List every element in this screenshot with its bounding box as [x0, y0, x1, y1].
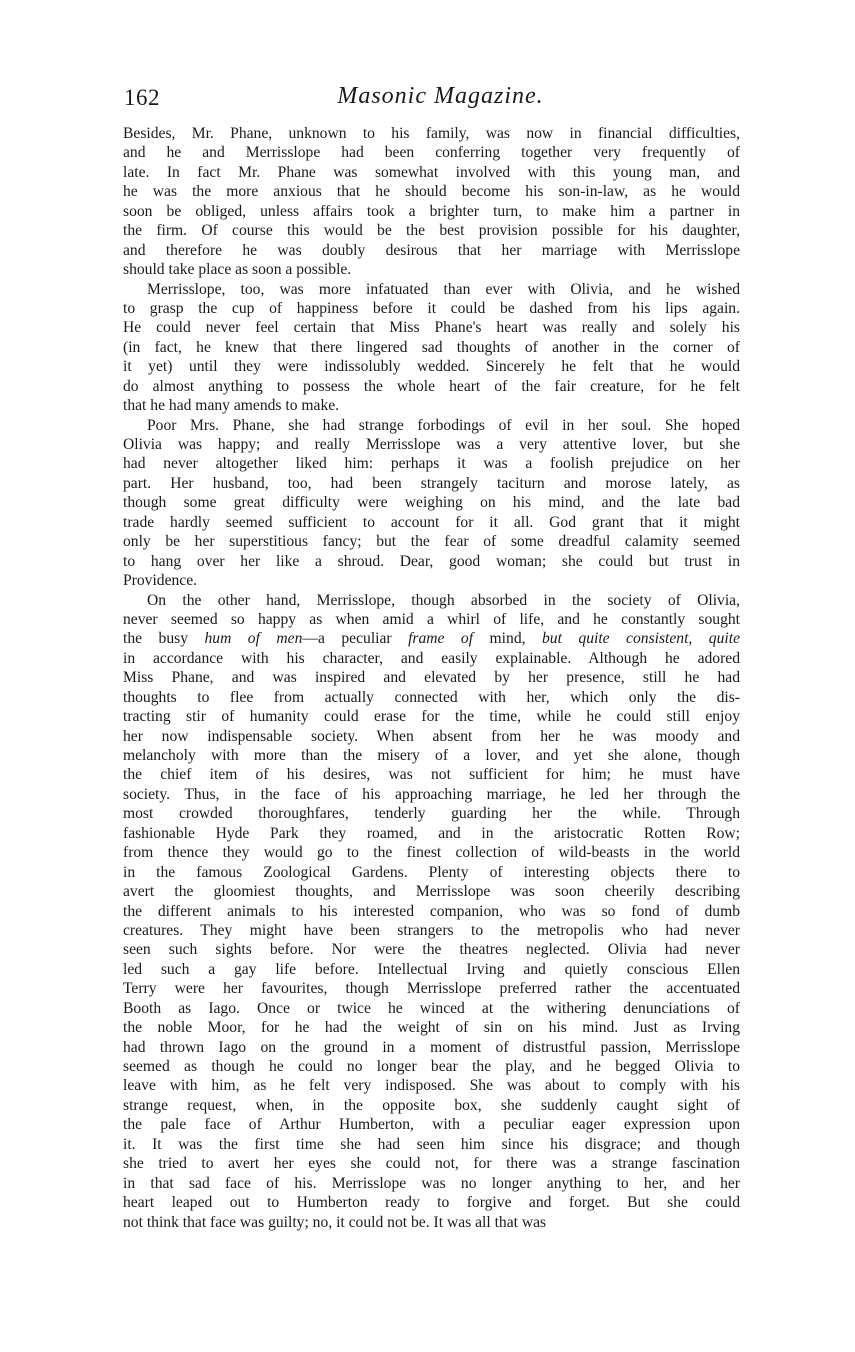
text-line: it. It was the first time she had seen h…	[123, 1135, 740, 1154]
text-line: society. Thus, in the face of his approa…	[123, 785, 740, 804]
text-line: Terry were her favourites, though Merris…	[123, 979, 740, 998]
text-line: do almost anything to possess the whole …	[123, 377, 740, 396]
text-line: only be her superstitious fancy; but the…	[123, 532, 740, 551]
text-line: and he and Merrisslope had been conferri…	[123, 143, 740, 162]
text-line: to hang over her like a shroud. Dear, go…	[123, 552, 740, 571]
text-line: fashionable Hyde Park they roamed, and i…	[123, 824, 740, 843]
text-line: never seemed so happy as when amid a whi…	[123, 610, 740, 629]
text-line: to grasp the cup of happiness before it …	[123, 299, 740, 318]
paragraph: Poor Mrs. Phane, she had strange forbodi…	[123, 416, 740, 591]
text-line: Providence.	[123, 571, 740, 590]
text-line: late. In fact Mr. Phane was somewhat inv…	[123, 163, 740, 182]
text-line: the chief item of his desires, was not s…	[123, 765, 740, 784]
running-title: Masonic Magazine.	[123, 83, 740, 110]
text-line: should take place as soon a possible.	[123, 260, 740, 279]
text-line: in that sad face of his. Merrisslope was…	[123, 1174, 740, 1193]
text-line: that he had many amends to make.	[123, 396, 740, 415]
text-line: not think that face was guilty; no, it c…	[123, 1213, 740, 1232]
text-line: the noble Moor, for he had the weight of…	[123, 1018, 740, 1037]
text-line: Miss Phane, and was inspired and elevate…	[123, 668, 740, 687]
text-line: Besides, Mr. Phane, unknown to his famil…	[123, 124, 740, 143]
text-line: most crowded thoroughfares, tenderly gua…	[123, 804, 740, 823]
text-line: leave with him, as he felt very indispos…	[123, 1076, 740, 1095]
text-line: Olivia was happy; and really Merrisslope…	[123, 435, 740, 454]
text-line: Merrisslope, too, was more infatuated th…	[123, 280, 740, 299]
paragraph: On the other hand, Merrisslope, though a…	[123, 591, 740, 1232]
text-line: Poor Mrs. Phane, she had strange forbodi…	[123, 416, 740, 435]
paragraph: Besides, Mr. Phane, unknown to his famil…	[123, 124, 740, 280]
text-line: avert the gloomiest thoughts, and Merris…	[123, 882, 740, 901]
text-line: though some great difficulty were weighi…	[123, 493, 740, 512]
text-line: seen such sights before. Nor were the th…	[123, 940, 740, 959]
text-line: heart leaped out to Humberton ready to f…	[123, 1193, 740, 1212]
text-line: the firm. Of course this would be the be…	[123, 221, 740, 240]
text-line: it yet) until they were indissolubly wed…	[123, 357, 740, 376]
magazine-page: 162 Masonic Magazine. Besides, Mr. Phane…	[123, 80, 740, 1232]
text-line: He could never feel certain that Miss Ph…	[123, 318, 740, 337]
text-line: melancholy with more than the misery of …	[123, 746, 740, 765]
text-line: in accordance with his character, and ea…	[123, 649, 740, 668]
text-line: had thrown Iago on the ground in a momen…	[123, 1038, 740, 1057]
text-line: (in fact, he knew that there lingered sa…	[123, 338, 740, 357]
text-line: had never altogether liked him: perhaps …	[123, 454, 740, 473]
text-line: thoughts to flee from actually connected…	[123, 688, 740, 707]
text-line: tracting stir of humanity could erase fo…	[123, 707, 740, 726]
text-line: soon be obliged, unless affairs took a b…	[123, 202, 740, 221]
text-line: seemed as though he could no longer bear…	[123, 1057, 740, 1076]
text-line: Booth as Iago. Once or twice he winced a…	[123, 999, 740, 1018]
article-body: Besides, Mr. Phane, unknown to his famil…	[123, 124, 740, 1232]
text-line: in the famous Zoological Gardens. Plenty…	[123, 863, 740, 882]
page-header: 162 Masonic Magazine.	[123, 80, 740, 116]
text-line: part. Her husband, too, had been strange…	[123, 474, 740, 493]
text-line: the busy hum of men—a peculiar frame of …	[123, 629, 740, 648]
text-line: On the other hand, Merrisslope, though a…	[123, 591, 740, 610]
text-line: strange request, when, in the opposite b…	[123, 1096, 740, 1115]
text-line: and therefore he was doubly desirous tha…	[123, 241, 740, 260]
text-line: creatures. They might have been stranger…	[123, 921, 740, 940]
text-line: the pale face of Arthur Humberton, with …	[123, 1115, 740, 1134]
text-line: she tried to avert her eyes she could no…	[123, 1154, 740, 1173]
text-line: the different animals to his interested …	[123, 902, 740, 921]
text-line: her now indispensable society. When abse…	[123, 727, 740, 746]
paragraph: Merrisslope, too, was more infatuated th…	[123, 280, 740, 416]
text-line: from thence they would go to the finest …	[123, 843, 740, 862]
text-line: trade hardly seemed sufficient to accoun…	[123, 513, 740, 532]
text-line: he was the more anxious that he should b…	[123, 182, 740, 201]
text-line: led such a gay life before. Intellectual…	[123, 960, 740, 979]
